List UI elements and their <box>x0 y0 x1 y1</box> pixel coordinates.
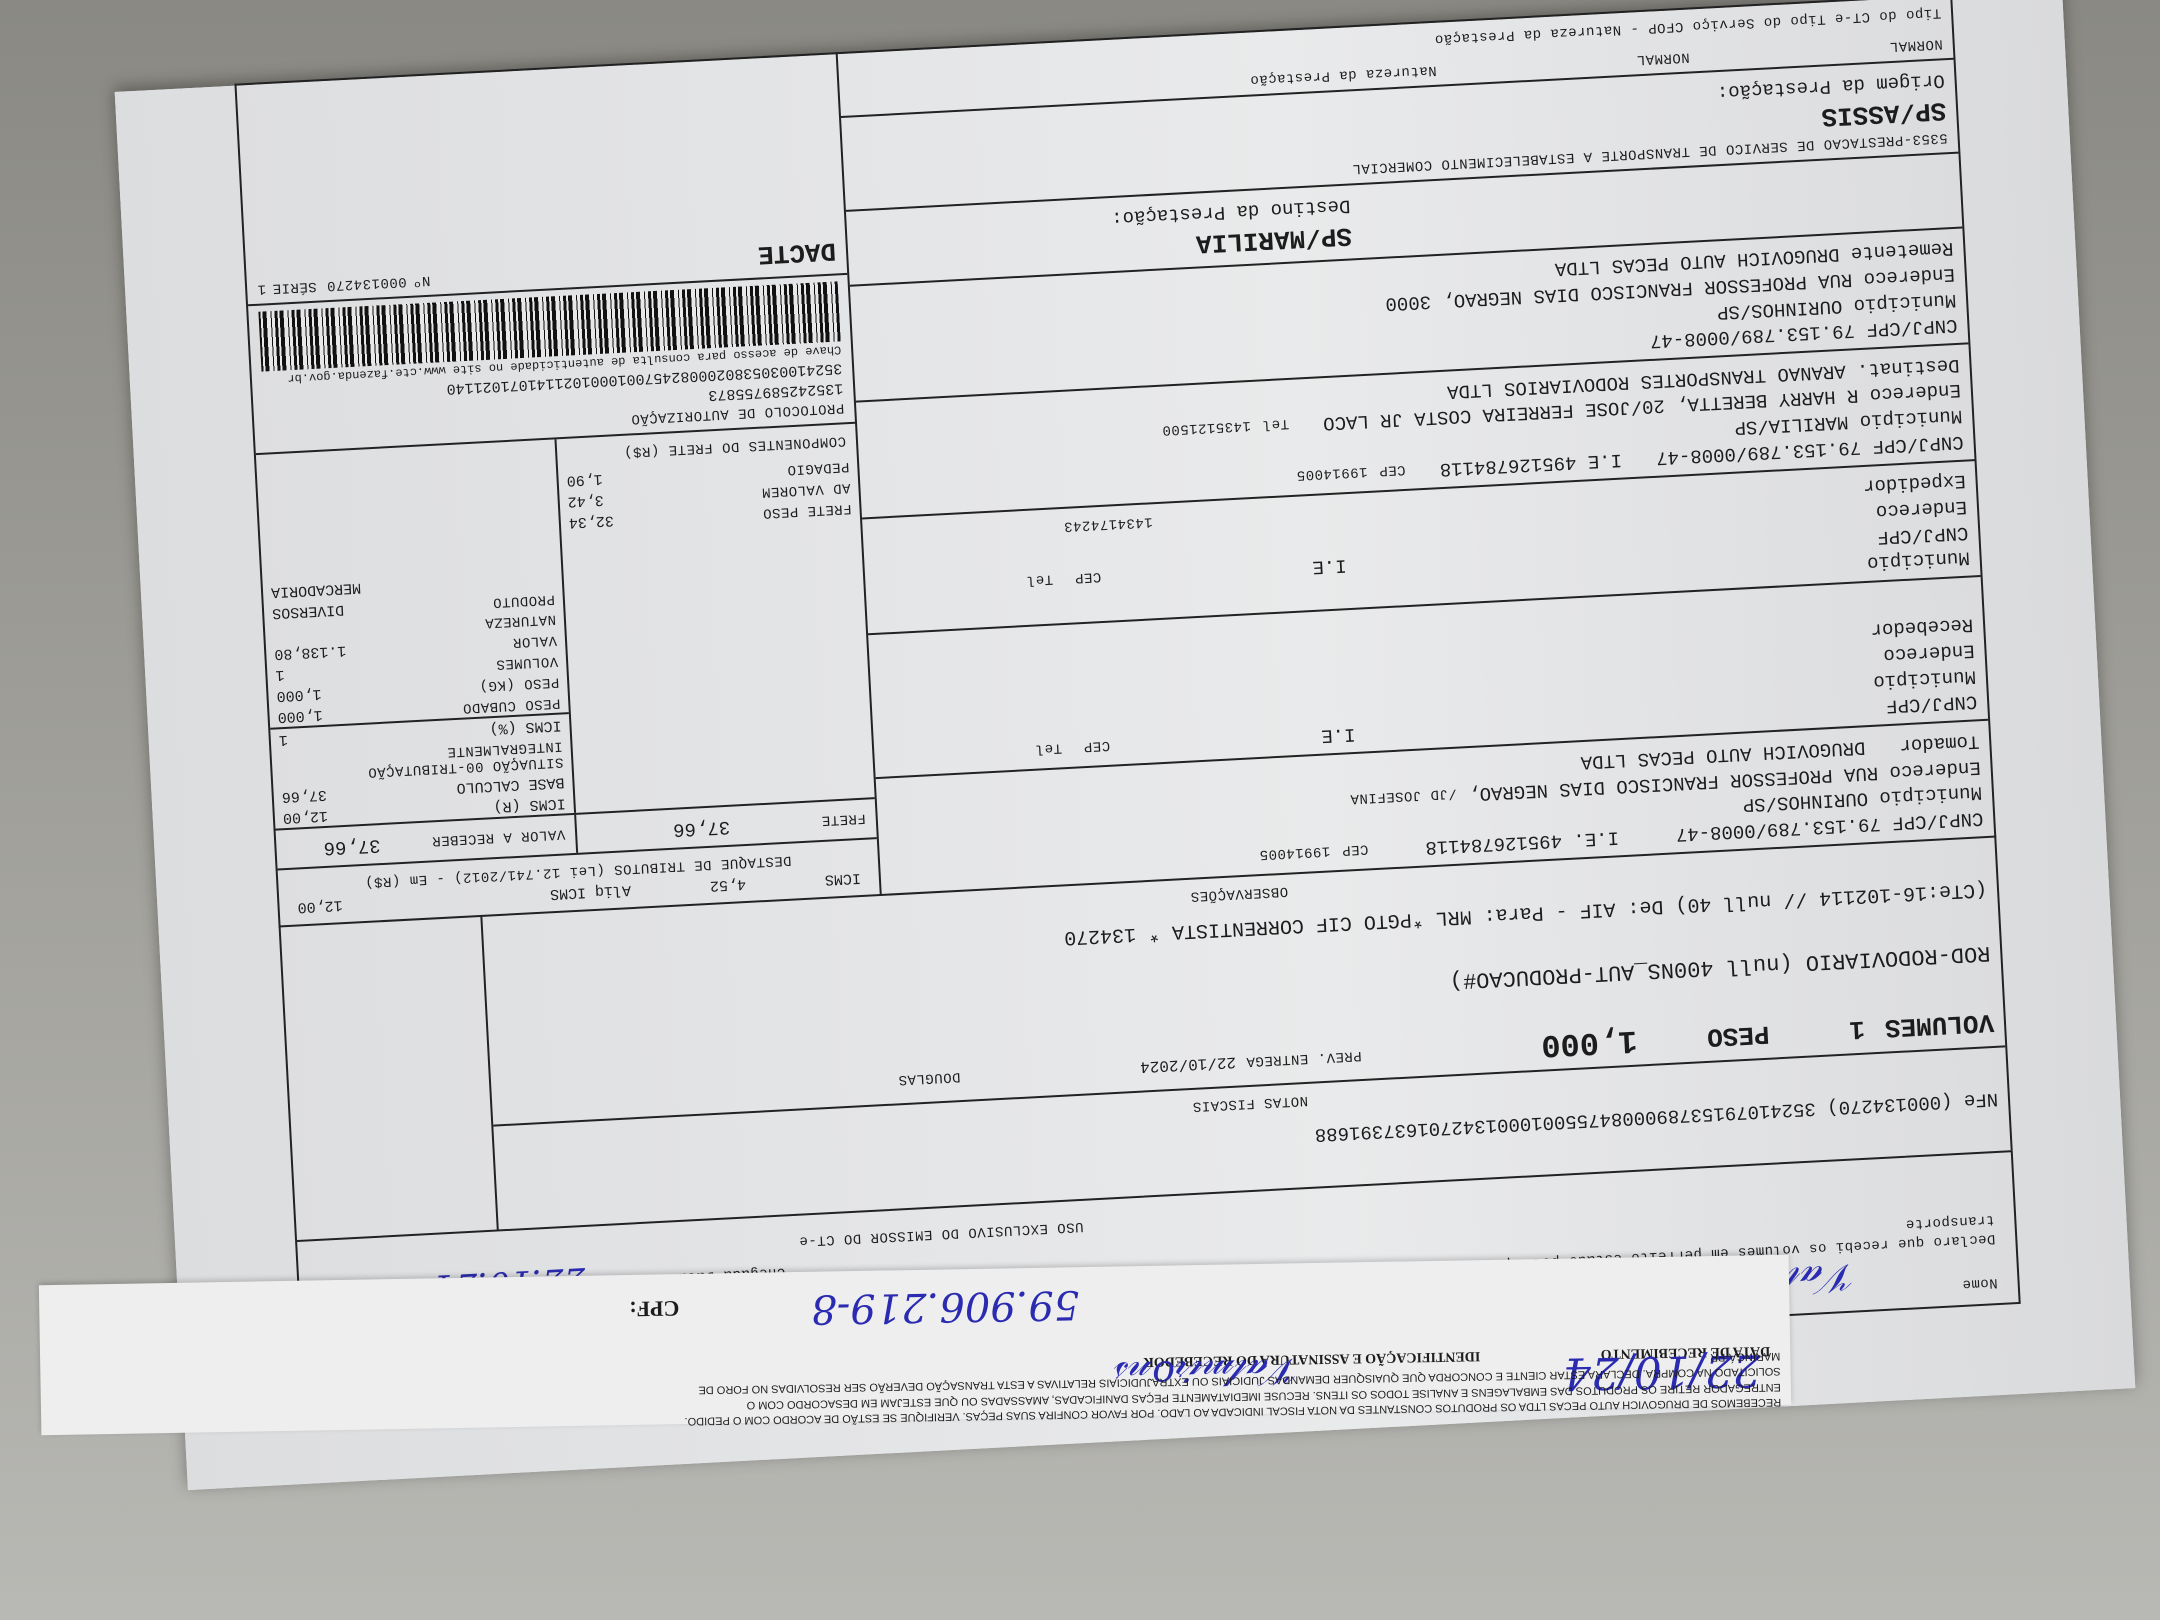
dacte-document: Nome Declaro que recebi os volumes em pe… <box>234 0 2020 1394</box>
dest-cnpj-label: CNPJ/CPF <box>1872 430 1964 457</box>
receipt-stub: CPF: 59.906.219-8 IDENTIFICAÇÃO E ASSINA… <box>39 1255 1791 1436</box>
expedidor-ie-label: I.E <box>1312 554 1347 578</box>
tomador-cep-label: CEP <box>1341 840 1369 857</box>
tomador-cnpj-label: CNPJ/CPF <box>1892 807 1984 834</box>
recebedor-ie-label: I.E <box>1321 723 1356 747</box>
cargo-info-table: PESO CUBADO1,000PESO (KG)1,000VOLUMES1VA… <box>263 566 569 729</box>
peso-label: PESO <box>1706 1019 1770 1052</box>
natureza-label: Natureza da Prestação <box>1249 60 1437 89</box>
dacte-label: DACTE <box>757 232 837 271</box>
dest-municipio-label: Municipio <box>1859 405 1963 432</box>
dest-cep: 19914005 <box>1296 463 1368 483</box>
expedidor-cnpj-label: CNPJ/CPF <box>1877 521 1969 548</box>
dest-municipio: MARILIA/SP <box>1734 411 1849 439</box>
componentes-box: FRETE PESO32,34AD VALOREM3,42PEDAGIO1,90… <box>556 424 874 813</box>
stub-cpf-label: CPF: <box>619 1287 690 1330</box>
values-column: ICMS 4,52 Aliq ICMS 12,00 DESTAQUE DE TR… <box>234 53 879 926</box>
parties: CNPJ/CPF 79.153.789/0008-47 I.E. 4951267… <box>836 0 1997 894</box>
expedidor-cep-label: CEP <box>1074 568 1102 585</box>
recebedor-cep-label: CEP <box>1083 737 1111 754</box>
dest-ie-label: I.E <box>1587 448 1622 472</box>
expedidor-tel: 1434174243 <box>1063 514 1153 535</box>
peso-value: 1,000 <box>1540 1022 1638 1064</box>
rem-label: Remetente <box>1850 237 1954 264</box>
dest-label: Destinat. <box>1856 354 1960 381</box>
expedidor-tel-label: Tel <box>1026 570 1054 587</box>
tipo-cte: NORMAL <box>1889 34 1943 56</box>
tomador-cep: 19914005 <box>1259 842 1331 862</box>
tax-cargo-box: ICMS (R)12,00 BASE CALCULO37,66 SITUAÇÃO… <box>256 440 576 829</box>
dest-ie: 495126784118 <box>1439 451 1577 480</box>
tomador-bairro: /JD JOSEFINA <box>1350 784 1458 806</box>
operator-name: DOUGLAS <box>898 1068 961 1087</box>
tomador-endereco-label: Endereco <box>1889 756 1981 783</box>
numero-value: 000134270 <box>325 255 407 294</box>
tomador-municipio-label: Municipio <box>1879 781 1983 808</box>
details-row: FRETE PESO32,34AD VALOREM3,42PEDAGIO1,90… <box>256 424 875 831</box>
dest-tel-label: Tel <box>1262 415 1290 432</box>
cargo-side <box>281 917 499 1240</box>
stub-disclaimer: RECEBEMOS DE DRUGOVICH AUTO PECAS LTDA O… <box>670 1341 1791 1434</box>
rem-municipio-label: Municipio <box>1853 288 1957 315</box>
exclusive-use-label: USO EXCLUSIVO DO EMISSOR DO CT-e <box>788 1209 1094 1256</box>
expedidor-label: Expedidor <box>1863 470 1967 497</box>
frete-label: FRETE <box>821 809 866 827</box>
tipo-servico: NORMAL <box>1636 47 1690 69</box>
valor-receber-label: VALOR A RECEBER <box>431 825 565 848</box>
serie-value: 1 <box>256 262 267 298</box>
prev-entrega-label: PREV. ENTREGA <box>1246 1047 1362 1069</box>
rem-endereco-label: Endereco <box>1863 263 1955 290</box>
dest-cep-label: CEP <box>1378 461 1406 478</box>
stub-cpf-handwritten: 59.906.219-8 <box>801 1271 1090 1342</box>
dest-endereco-label: Endereco <box>1869 379 1961 406</box>
serie-label: SÉRIE <box>271 259 317 296</box>
tomador-label: Tomador <box>1899 730 1980 756</box>
numero-label: Nº <box>411 253 431 289</box>
tomador-ie: 495126784118 <box>1425 829 1563 858</box>
rem-cnpj-label: CNPJ/CPF <box>1866 314 1958 341</box>
name-label: Nome <box>1951 1266 2008 1300</box>
valor-receber-value: 37,66 <box>323 834 381 859</box>
tomador-ie-label: I.E. <box>1573 826 1620 850</box>
recebedor-cnpj-label: CNPJ/CPF <box>1885 691 1977 718</box>
dest-tel: 1435121500 <box>1162 417 1252 438</box>
volumes-value: 1 <box>1849 1014 1866 1045</box>
volumes-label: VOLUMES <box>1884 1007 1995 1043</box>
frete-value: 37,66 <box>673 816 731 841</box>
parties-values: CNPJ/CPF 79.153.789/0008-47 I.E. 4951267… <box>234 0 1996 925</box>
recebedor-tel-label: Tel <box>1035 740 1063 757</box>
prev-entrega-value: 22/10/2024 <box>1140 1053 1237 1076</box>
